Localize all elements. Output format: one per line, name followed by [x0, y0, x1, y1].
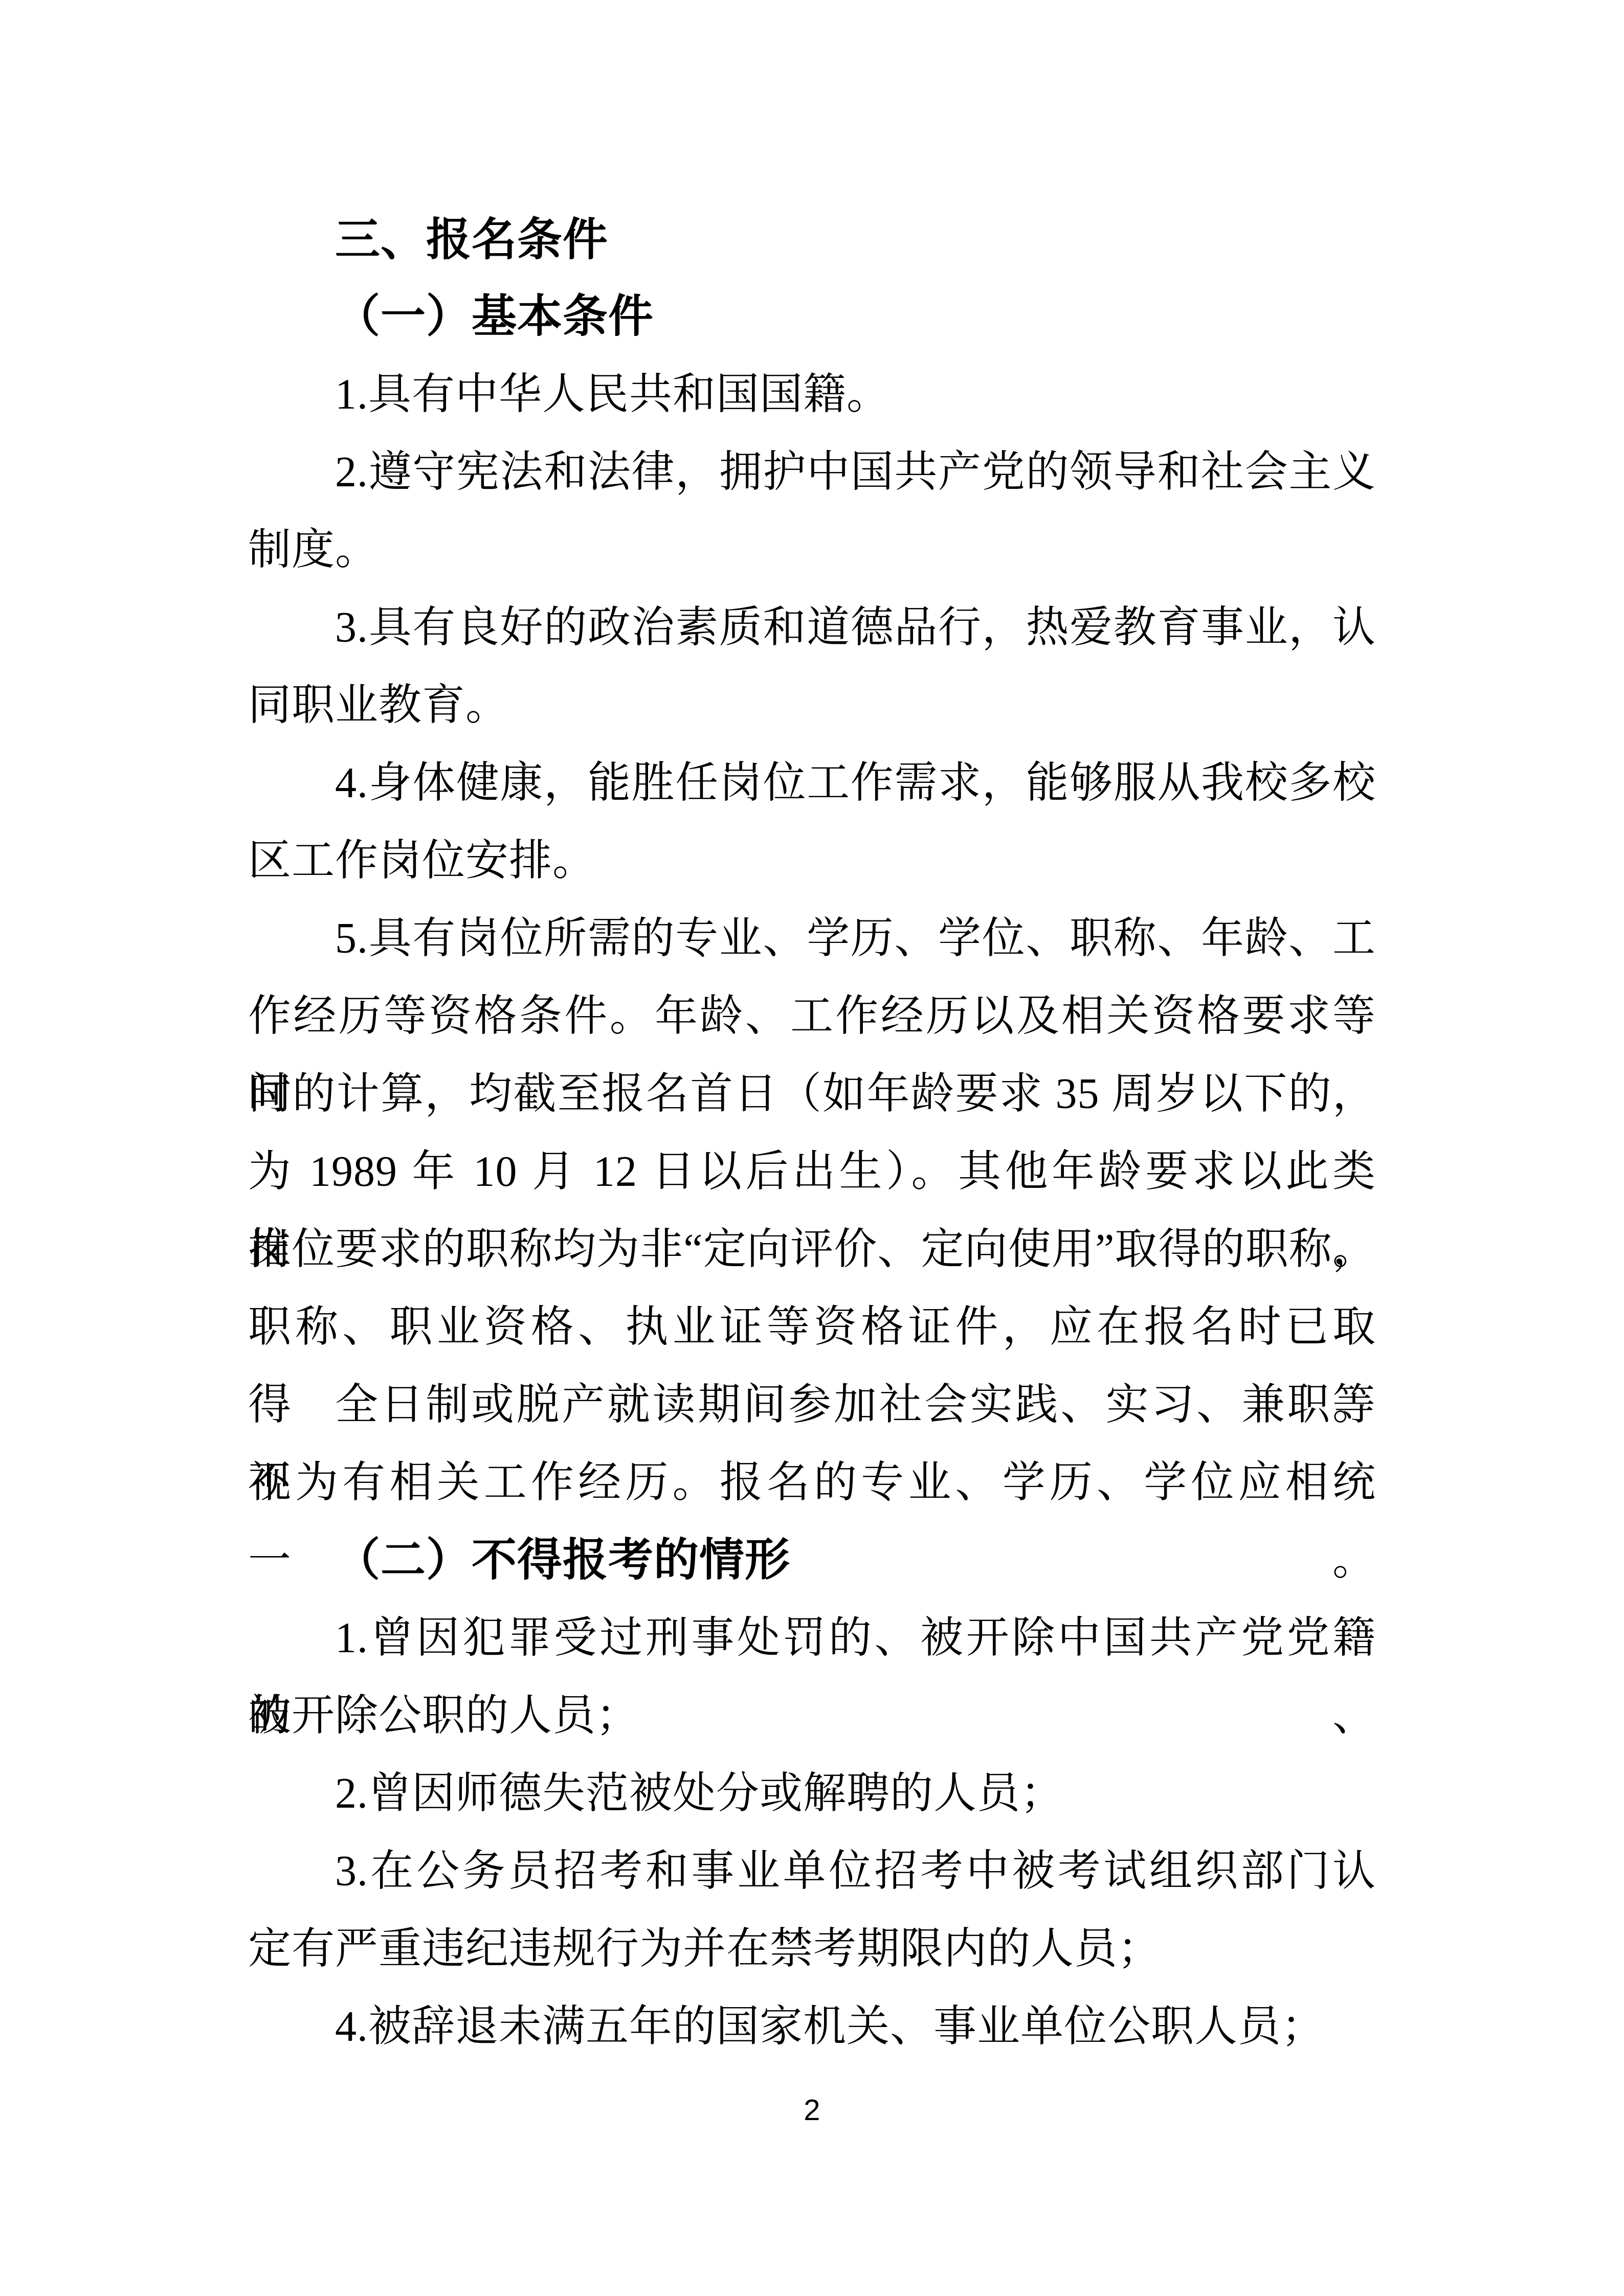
text-line: 区工作岗位安排。: [248, 822, 1376, 900]
subsection-heading: （一）基本条件: [248, 278, 1376, 356]
text-line: 4.被辞退未满五年的国家机关、事业单位公职人员；: [248, 1988, 1376, 2066]
text-line: 定有严重违纪违规行为并在禁考期限内的人员；: [248, 1910, 1376, 1988]
text-line: 5.具有岗位所需的专业、学历、学位、职称、年龄、工: [248, 900, 1376, 978]
page-number: 2: [248, 2094, 1376, 2127]
text-line: 视为有相关工作经历。报名的专业、学历、学位应相统一。: [248, 1444, 1376, 1522]
text-line: 1.具有中华人民共和国国籍。: [248, 356, 1376, 434]
text-line: 岗位要求的职称均为非“定向评价、定向使用”取得的职称，: [248, 1211, 1376, 1289]
text-line: 1.曾因犯罪受过刑事处罚的、被开除中国共产党党籍的、: [248, 1600, 1376, 1677]
section-heading: 三、报名条件: [248, 200, 1376, 278]
text-line: 全日制或脱产就读期间参加社会实践、实习、兼职等不: [248, 1366, 1376, 1444]
text-line: 职称、职业资格、执业证等资格证件，应在报名时已取得。: [248, 1289, 1376, 1366]
text-line: 同职业教育。: [248, 667, 1376, 745]
text-line: 4.身体健康，能胜任岗位工作需求，能够服从我校多校: [248, 745, 1376, 822]
text-line: 3.在公务员招考和事业单位招考中被考试组织部门认: [248, 1833, 1376, 1910]
text-line: 2.遵守宪法和法律，拥护中国共产党的领导和社会主义: [248, 434, 1376, 511]
text-line: 为 1989 年 10 月 12 日以后出生）。其他年龄要求以此类推。: [248, 1133, 1376, 1211]
text-line: 作经历等资格条件。年龄、工作经历以及相关资格要求等时: [248, 978, 1376, 1055]
document-page: 三、报名条件 （一）基本条件 1.具有中华人民共和国国籍。 2.遵守宪法和法律，…: [0, 0, 1624, 2296]
text-line: 制度。: [248, 511, 1376, 589]
text-line: 3.具有良好的政治素质和道德品行，热爱教育事业，认: [248, 589, 1376, 667]
text-line: 2.曾因师德失范被处分或解聘的人员；: [248, 1755, 1376, 1833]
text-line: 间的计算，均截至报名首日（如年龄要求 35 周岁以下的，: [248, 1055, 1376, 1133]
